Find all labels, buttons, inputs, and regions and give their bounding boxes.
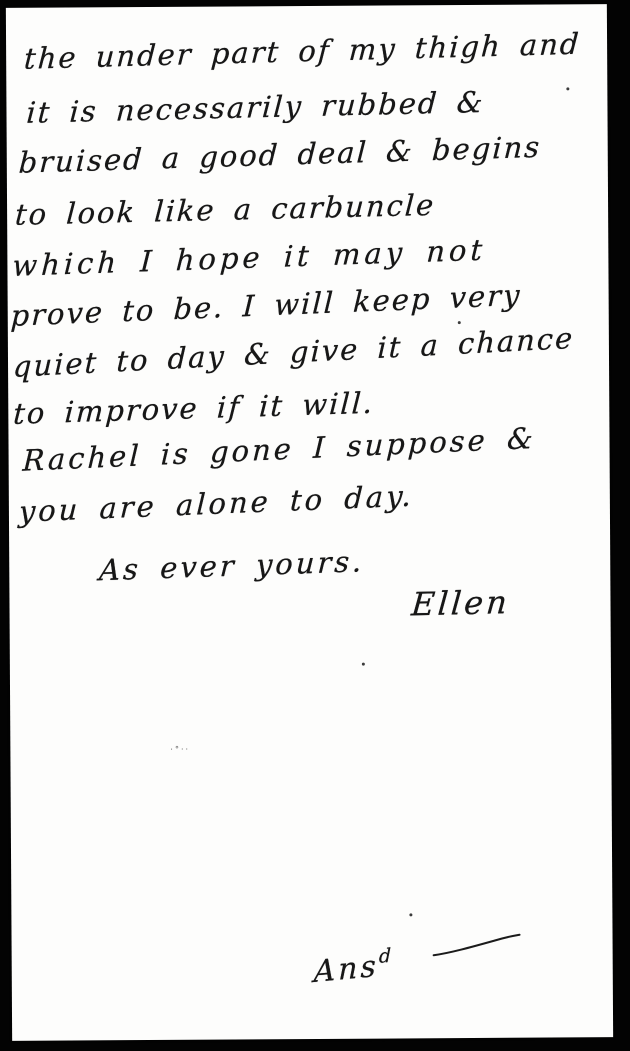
scan-speck: [566, 87, 569, 90]
handwritten-line: Rachel is gone I suppose &: [22, 421, 537, 478]
scan-speck: [409, 913, 412, 916]
signature: Ellen: [410, 583, 511, 623]
handwritten-line: the under part of my thigh and: [23, 27, 581, 76]
handwritten-line: prove to be. I will keep very: [10, 278, 522, 333]
scan-background: the under part of my thigh and it is nec…: [0, 0, 630, 1051]
docket-flourish-stroke: [432, 933, 522, 960]
handwritten-line: to improve if it will.: [12, 386, 375, 431]
scan-speck: [458, 321, 461, 324]
handwritten-line: quiet to day & give it a chance: [12, 321, 574, 384]
handwritten-line: it is necessarily rubbed &: [25, 85, 485, 130]
scan-speck: [362, 663, 365, 666]
handwritten-line: which I hope it may not: [12, 233, 488, 283]
docket-superscript: d: [379, 944, 394, 968]
handwritten-line: you are alone to day.: [18, 479, 415, 529]
handwritten-line: bruised a good deal & begins: [18, 130, 542, 180]
ink-smudge: ·°·⋅: [170, 745, 196, 751]
closing-line: As ever yours.: [98, 544, 365, 587]
handwritten-line: to look like a carbuncle: [14, 188, 436, 232]
docket-text: Ans: [314, 949, 380, 990]
letter-page: the under part of my thigh and it is nec…: [6, 4, 613, 1041]
docket-annotation: Ansd: [314, 944, 395, 990]
